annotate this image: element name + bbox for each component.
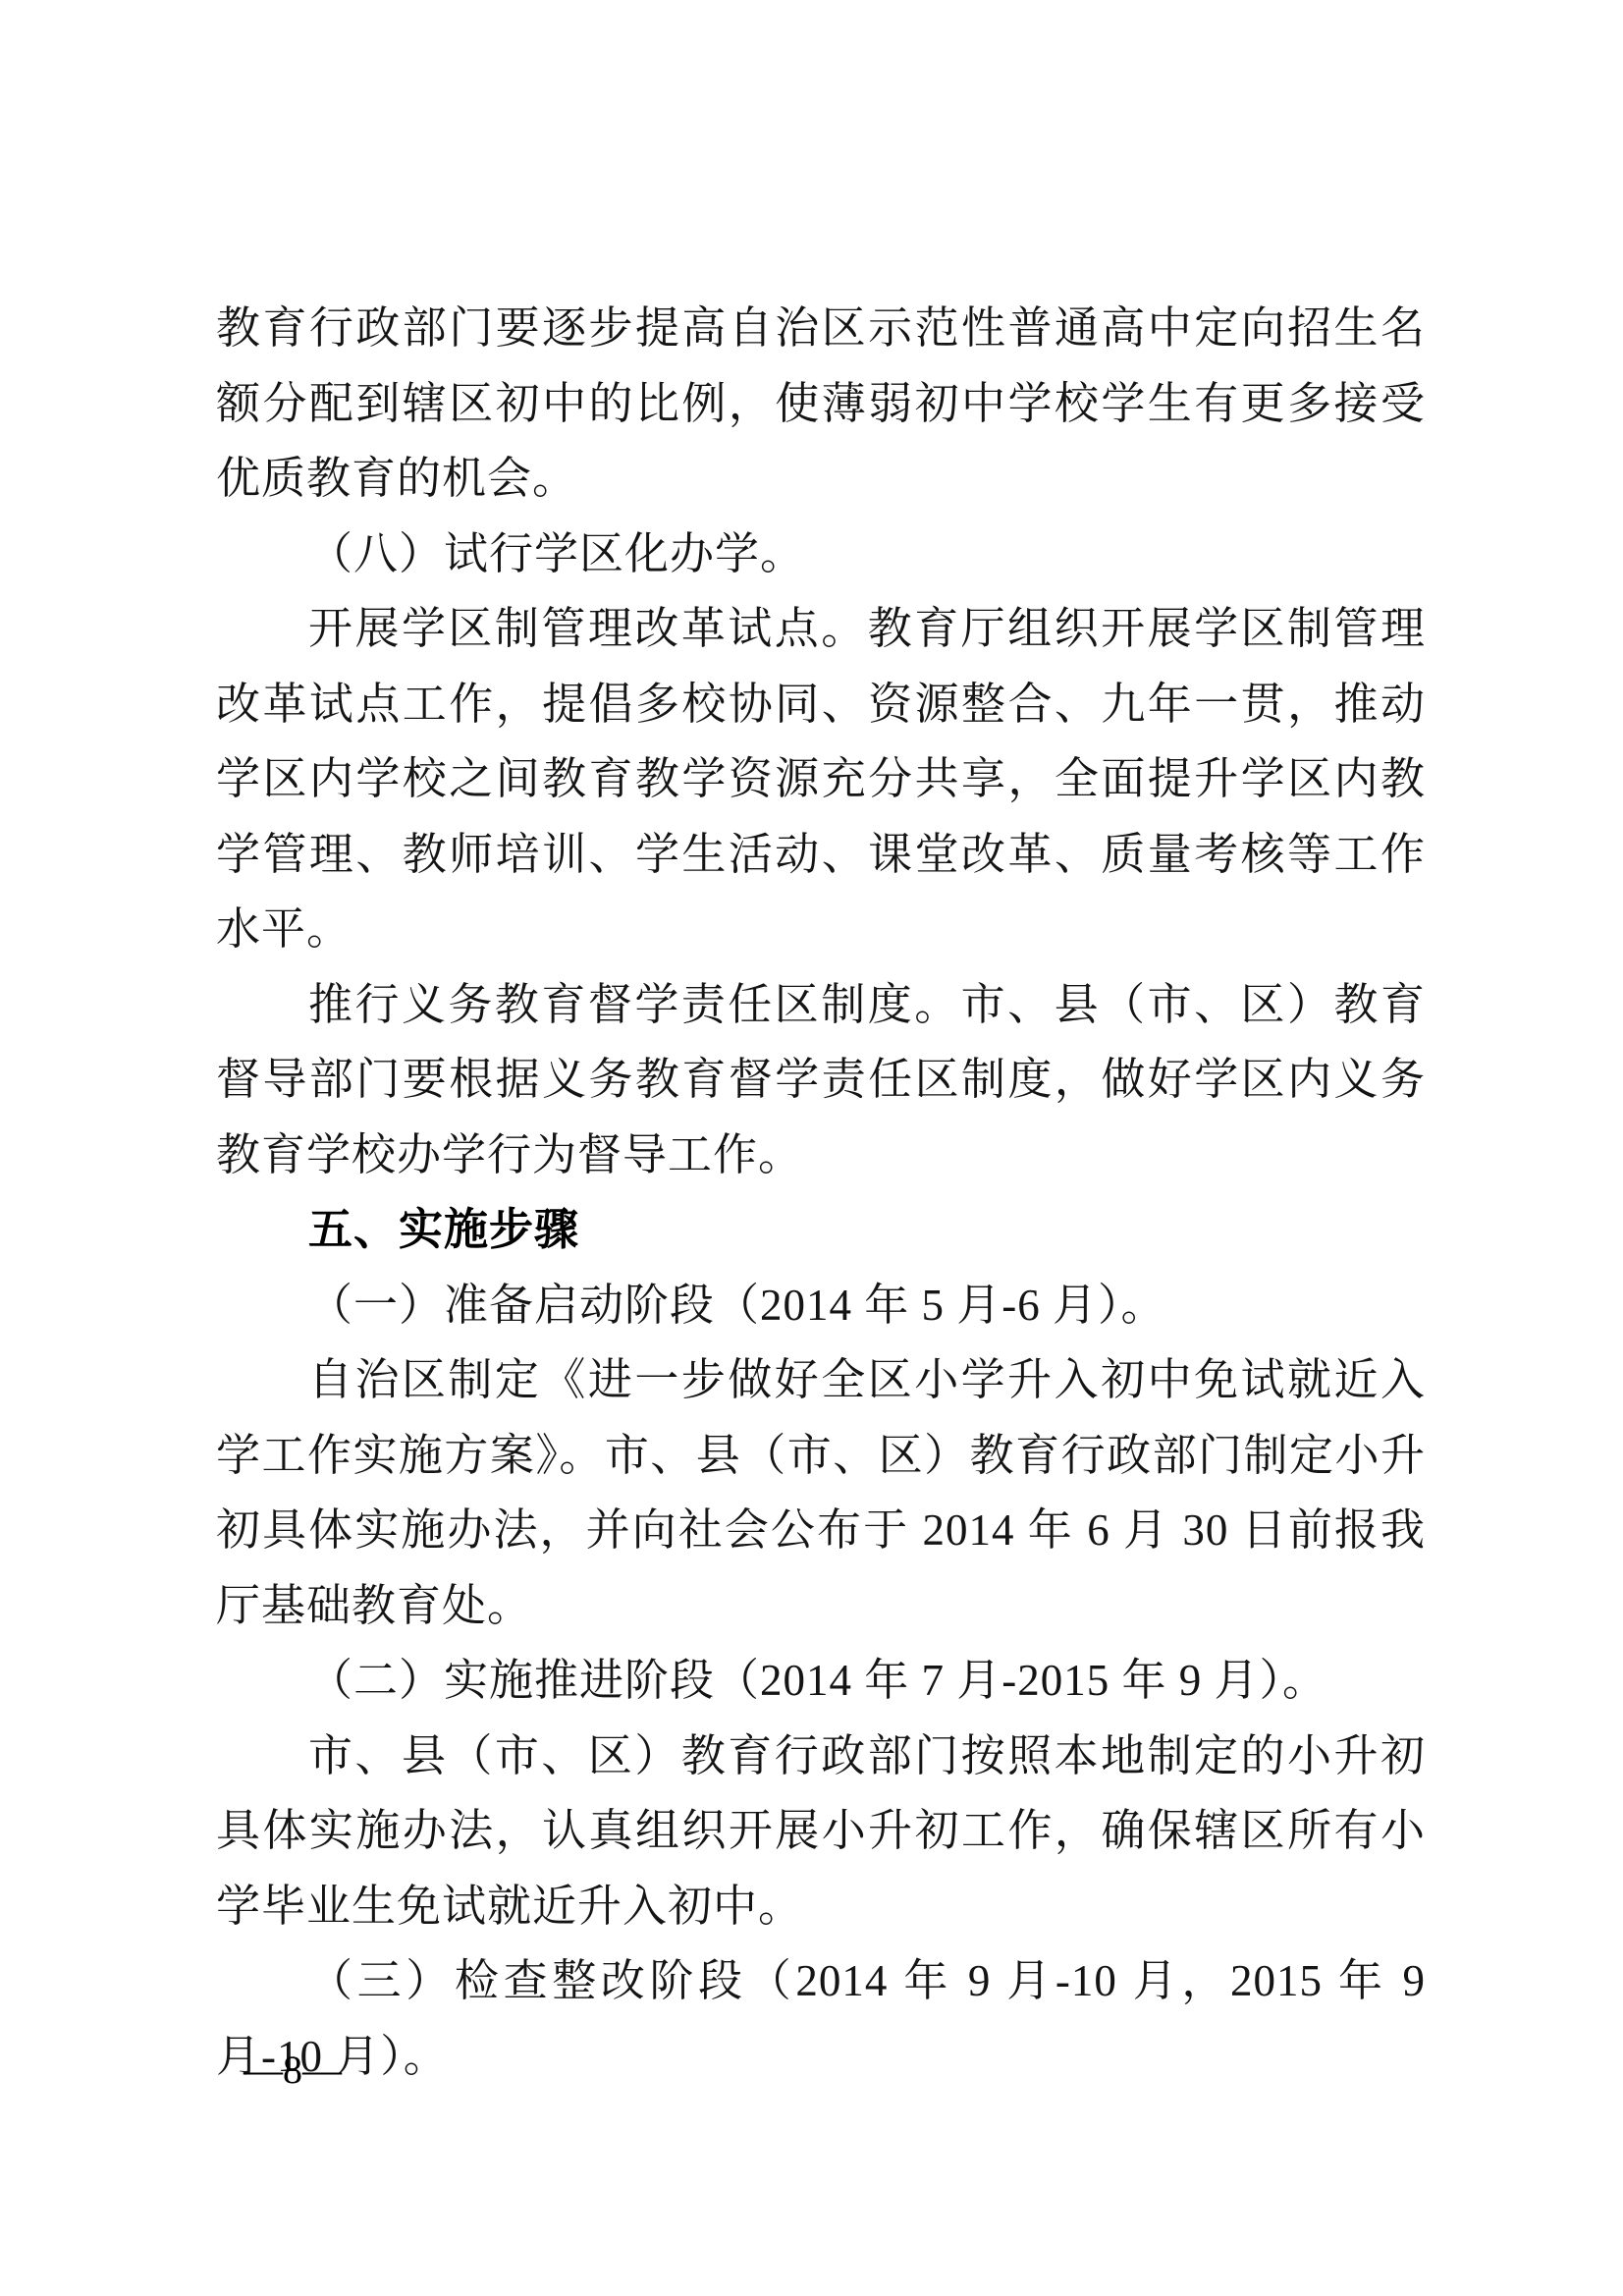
paragraph-subitem-2: （二）实施推进阶段（2014 年 7 月-2015 年 9 月）。	[216, 1643, 1426, 1719]
paragraph-body: 开展学区制管理改革试点。教育厅组织开展学区制管理改革试点工作，提倡多校协同、资源…	[216, 591, 1426, 967]
section-heading: 五、实施步骤	[216, 1192, 1426, 1268]
paragraph-subitem-8: （八）试行学区化办学。	[216, 517, 1426, 592]
page-number: —8—	[243, 2049, 342, 2092]
paragraph-subitem-1: （一）准备启动阶段（2014 年 5 月-6 月）。	[216, 1268, 1426, 1343]
document-body: 教育行政部门要逐步提高自治区示范性普通高中定向招生名额分配到辖区初中的比例，使薄…	[216, 291, 1426, 2094]
paragraph-continuation: 教育行政部门要逐步提高自治区示范性普通高中定向招生名额分配到辖区初中的比例，使薄…	[216, 291, 1426, 517]
paragraph-body: 自治区制定《进一步做好全区小学升入初中免试就近入学工作实施方案》。市、县（市、区…	[216, 1342, 1426, 1643]
paragraph-body: 推行义务教育督学责任区制度。市、县（市、区）教育督导部门要根据义务教育督学责任区…	[216, 967, 1426, 1193]
paragraph-body: 市、县（市、区）教育行政部门按照本地制定的小升初具体实施办法，认真组织开展小升初…	[216, 1719, 1426, 1944]
document-page: 教育行政部门要逐步提高自治区示范性普通高中定向招生名额分配到辖区初中的比例，使薄…	[0, 0, 1623, 2296]
paragraph-subitem-3: （三）检查整改阶段（2014 年 9 月-10 月，2015 年 9 月-10 …	[216, 1943, 1426, 2094]
